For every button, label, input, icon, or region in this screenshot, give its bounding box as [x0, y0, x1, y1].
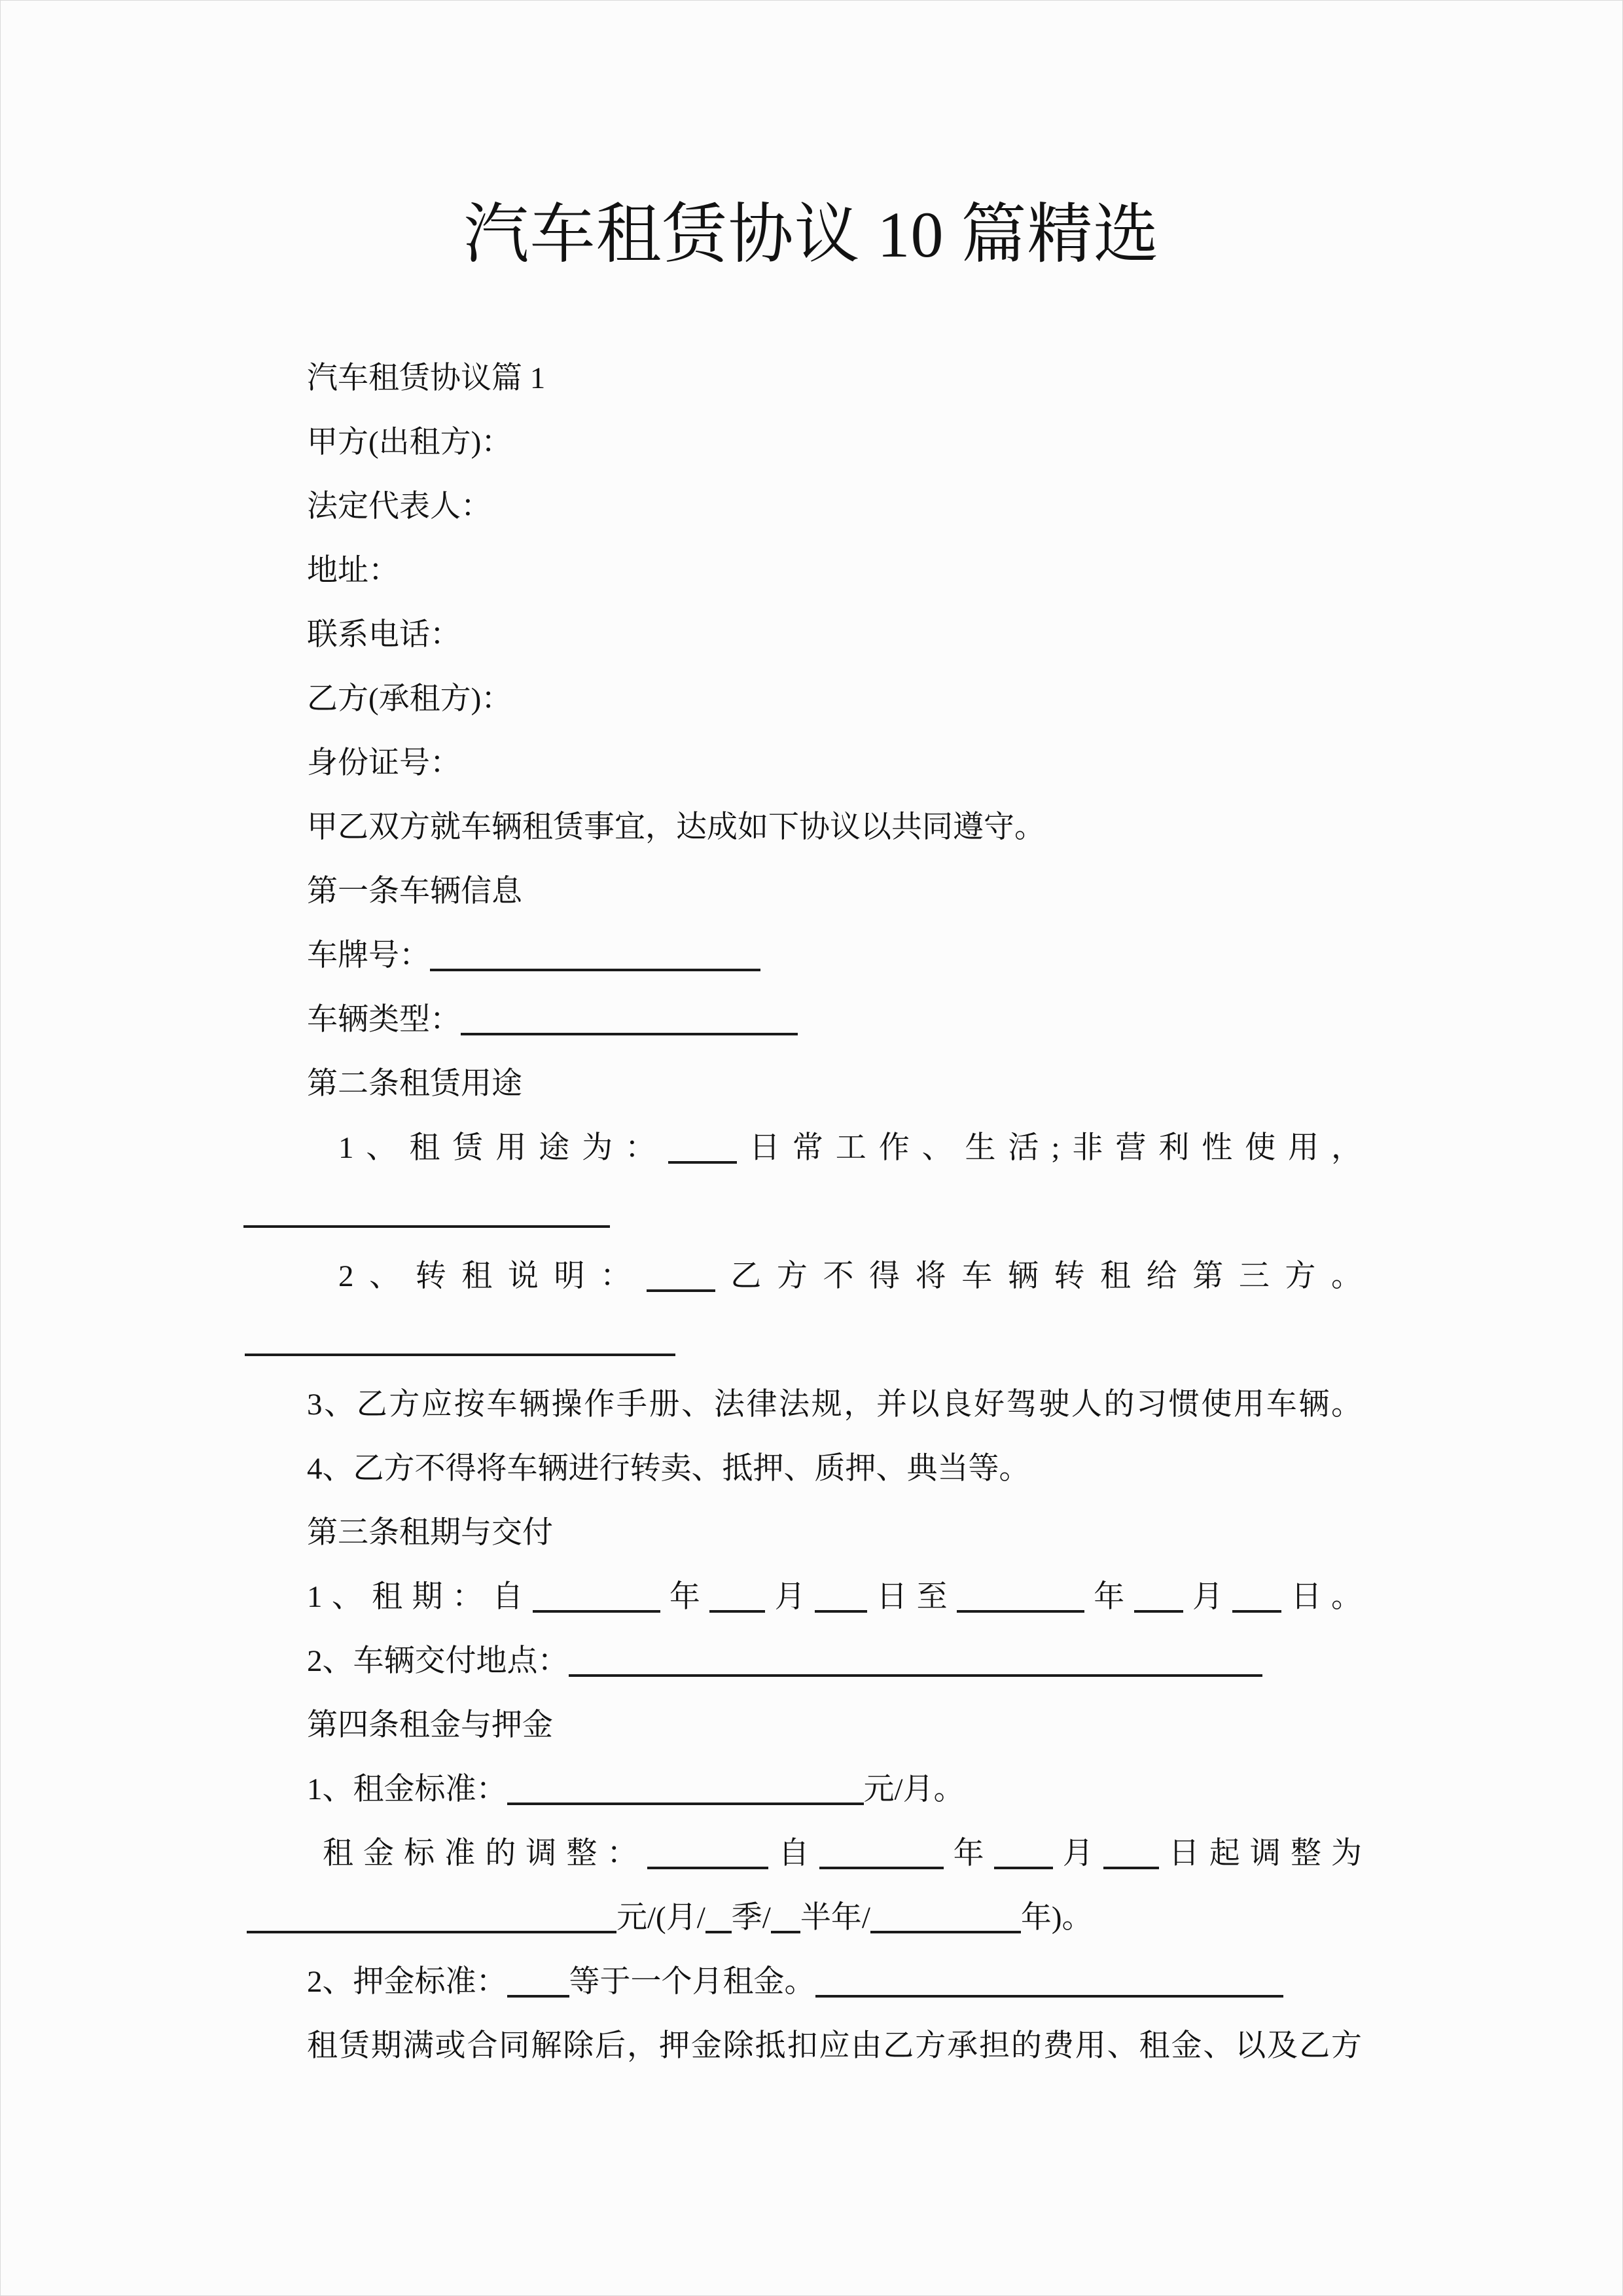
text-run: 年: [660, 1580, 710, 1614]
text-run: 乙方(承租方)：: [307, 682, 512, 716]
fill-in-blank: [507, 1796, 864, 1805]
text-run: 4、乙方不得将车辆进行转卖、抵押、质押、典当等。: [307, 1452, 1030, 1486]
document-page: 汽车租赁协议 10 篇精选 汽车租赁协议篇 1甲方(出租方)：法定代表人：地址：…: [0, 0, 1623, 2296]
document-line: 3、乙方应按车辆操作手册、法律法规，并以良好驾驶人的习惯使用车辆。: [307, 1372, 1362, 1437]
document-line: 1、租金标准：元/月。: [307, 1757, 1362, 1821]
text-run: 第二条租赁用途: [307, 1067, 522, 1101]
fill-in-blank: [1134, 1604, 1183, 1613]
document-line: [243, 1180, 1362, 1244]
document-line: 法定代表人：: [307, 475, 1362, 539]
text-run: 法定代表人：: [307, 490, 491, 524]
document-line: 1、租赁用途为：日常工作、生活;非营利性使用，: [307, 1116, 1362, 1180]
text-run: 月: [765, 1580, 815, 1614]
text-run: 1、租金标准：: [307, 1772, 507, 1806]
text-run: 地址：: [307, 554, 399, 588]
text-run: 元/(月/: [616, 1901, 705, 1935]
text-run: 日起调整为: [1159, 1837, 1362, 1871]
text-run: 车辆类型：: [307, 1003, 461, 1037]
document-line: 租金标准的调整：自年月日起调整为: [307, 1821, 1362, 1886]
fill-in-blank: [819, 1860, 944, 1869]
text-run: 日常工作、生活;非营利性使用，: [737, 1131, 1362, 1165]
fill-in-blank: [647, 1283, 715, 1292]
document-line: 身份证号：: [307, 731, 1362, 795]
document-line: 第二条租赁用途: [307, 1052, 1362, 1116]
document-body: 汽车租赁协议篇 1甲方(出租方)：法定代表人：地址：联系电话：乙方(承租方)：身…: [307, 346, 1362, 2078]
text-run: 租赁期满或合同解除后，押金除抵扣应由乙方承担的费用、租金、以及乙方: [307, 2029, 1362, 2063]
text-run: 第四条租金与押金: [307, 1708, 553, 1742]
text-run: 2、车辆交付地点：: [307, 1644, 569, 1678]
fill-in-blank: [1103, 1860, 1159, 1869]
fill-in-blank: [461, 1026, 798, 1035]
document-line: 乙方(承租方)：: [307, 667, 1362, 731]
text-run: 日。: [1281, 1580, 1362, 1614]
text-run: 月: [1053, 1837, 1103, 1871]
text-run: 年: [944, 1837, 994, 1871]
fill-in-blank: [771, 1924, 800, 1933]
text-run: 等于一个月租金。: [569, 1965, 815, 1999]
document-line: 1、租期：自年月日至年月日。: [307, 1565, 1362, 1629]
fill-in-blank: [870, 1924, 1021, 1933]
text-run: 自: [768, 1837, 819, 1871]
document-line: 4、乙方不得将车辆进行转卖、抵押、质押、典当等。: [307, 1437, 1362, 1501]
document-line: 车辆类型：: [307, 988, 1362, 1052]
fill-in-blank: [1232, 1604, 1281, 1613]
text-run: 1、租赁用途为：: [338, 1131, 668, 1165]
text-run: 2、转租说明：: [338, 1259, 647, 1293]
document-line: 地址：: [307, 539, 1362, 603]
text-run: 2、押金标准：: [307, 1965, 507, 1999]
fill-in-blank: [507, 1988, 569, 1998]
text-run: 乙方不得将车辆转租给第三方。: [715, 1259, 1362, 1293]
text-run: 车牌号：: [307, 939, 430, 973]
text-run: 汽车租赁协议篇 1: [307, 361, 545, 395]
document-line: 2、押金标准：等于一个月租金。: [307, 1950, 1362, 2014]
text-run: 元/月。: [864, 1772, 965, 1806]
document-line: 联系电话：: [307, 603, 1362, 667]
text-run: 联系电话：: [307, 618, 461, 652]
fill-in-blank: [957, 1604, 1084, 1613]
document-line: 第三条租期与交付: [307, 1501, 1362, 1565]
document-line: 甲乙双方就车辆租赁事宜，达成如下协议以共同遵守。: [307, 795, 1362, 859]
text-run: 身份证号：: [307, 746, 461, 780]
document-line: 第一条车辆信息: [307, 859, 1362, 924]
document-line: 元/(月/季/半年/年)。: [247, 1886, 1362, 1950]
text-run: 甲乙双方就车辆租赁事宜，达成如下协议以共同遵守。: [307, 810, 1045, 844]
text-run: 3、乙方应按车辆操作手册、法律法规，并以良好驾驶人的习惯使用车辆。: [307, 1388, 1362, 1422]
text-run: 半年/: [800, 1901, 870, 1935]
fill-in-blank: [245, 1347, 675, 1356]
document-line: 第四条租金与押金: [307, 1693, 1362, 1757]
text-run: 第三条租期与交付: [307, 1516, 553, 1550]
document-line: 甲方(出租方)：: [307, 410, 1362, 475]
fill-in-blank: [569, 1668, 1262, 1677]
text-run: 第一条车辆信息: [307, 874, 522, 908]
fill-in-blank: [815, 1988, 1283, 1998]
text-run: 甲方(出租方)：: [307, 425, 512, 459]
fill-in-blank: [647, 1860, 768, 1869]
text-run: 租金标准的调整：: [323, 1837, 647, 1871]
document-line: 汽车租赁协议篇 1: [307, 346, 1362, 410]
fill-in-blank: [243, 1219, 610, 1228]
text-run: 季/: [732, 1901, 771, 1935]
document-line: 2、车辆交付地点：: [307, 1629, 1362, 1693]
fill-in-blank: [815, 1604, 867, 1613]
document-line: 2、转租说明：乙方不得将车辆转租给第三方。: [307, 1244, 1362, 1308]
fill-in-blank: [533, 1604, 660, 1613]
fill-in-blank: [247, 1924, 616, 1933]
fill-in-blank: [709, 1604, 765, 1613]
text-run: 年)。: [1021, 1901, 1093, 1935]
text-run: 1、租期：自: [307, 1580, 533, 1614]
document-line: 车牌号：: [307, 924, 1362, 988]
text-run: 日至: [867, 1580, 957, 1614]
document-title: 汽车租赁协议 10 篇精选: [1, 196, 1622, 274]
text-run: 月: [1183, 1580, 1233, 1614]
fill-in-blank: [994, 1860, 1053, 1869]
fill-in-blank: [668, 1155, 737, 1164]
text-run: 年: [1084, 1580, 1134, 1614]
fill-in-blank: [705, 1924, 732, 1933]
document-line: [245, 1308, 1362, 1372]
fill-in-blank: [430, 962, 760, 971]
document-line: 租赁期满或合同解除后，押金除抵扣应由乙方承担的费用、租金、以及乙方: [307, 2014, 1362, 2078]
